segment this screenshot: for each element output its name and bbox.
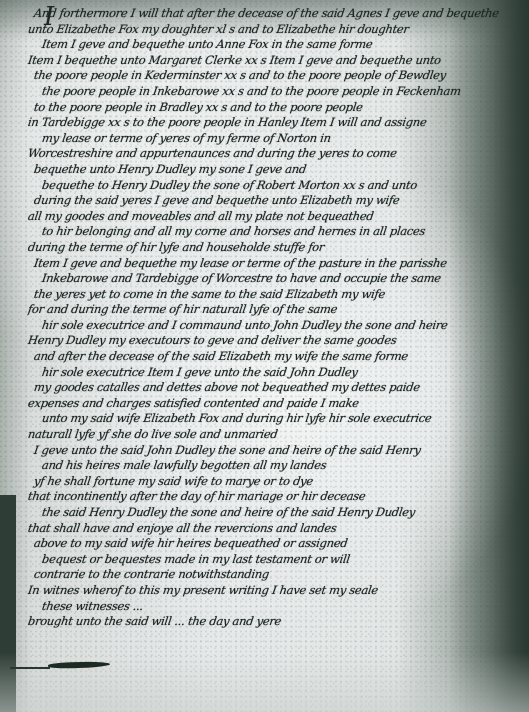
text-line: unto my said wife Elizabeth Fox and duri… [27, 411, 507, 427]
text-line: the yeres yet to come in the same to the… [27, 287, 507, 303]
text-line: during the said yeres I geve and bequeth… [27, 193, 507, 209]
text-line: bequest or bequestes made in my last tes… [27, 552, 507, 568]
text-line: In witnes wherof to this my present writ… [27, 583, 507, 599]
text-line: all my goodes and moveables and all my p… [27, 209, 507, 225]
text-line: unto Elizabethe Fox my doughter xl s and… [27, 22, 507, 38]
text-line: that incontinently after the day of hir … [27, 489, 507, 505]
text-line: Item I geve and bequethe unto Anne Fox i… [27, 37, 507, 53]
handwritten-text-block: And forthermore I will that after the de… [28, 6, 506, 661]
text-line: contrarie to the contrarie notwithstandi… [27, 567, 507, 583]
text-line: these witnesses ... [27, 599, 507, 615]
text-line: to the poore people in Bradley xx s and … [27, 100, 507, 116]
text-line: my lease or terme of yeres of my ferme o… [27, 131, 507, 147]
text-line: bequethe unto Henry Dudley my sone I gev… [27, 162, 507, 178]
text-line: that shall have and enjoye all the rever… [27, 521, 507, 537]
text-line: hir sole executrice and I commaund unto … [27, 318, 507, 334]
text-line: Inkebarowe and Tardebigge of Worcestre t… [27, 271, 507, 287]
text-line: Item I bequethe unto Margaret Clerke xx … [27, 53, 507, 69]
text-line: the poore people in Kederminster xx s an… [27, 68, 507, 84]
text-line: Henry Dudley my executours to geve and d… [27, 333, 507, 349]
text-line: hir sole executrice Item I geve unto the… [27, 365, 507, 381]
text-line: for and during the terme of hir naturall… [27, 302, 507, 318]
manuscript-page: I And forthermore I will that after the … [0, 0, 529, 712]
ink-line [10, 667, 50, 669]
text-line: during the terme of hir lyfe and househo… [27, 240, 507, 256]
text-line: And forthermore I will that after the de… [27, 6, 507, 22]
text-line: the said Henry Dudley the sone and heire… [27, 505, 507, 521]
text-line: expenses and charges satisfied contented… [27, 396, 507, 412]
text-line: naturall lyfe yf she do live sole and un… [27, 427, 507, 443]
text-line: I geve unto the said John Dudley the son… [27, 443, 507, 459]
text-line: the poore people in Inkebarowe xx s and … [27, 84, 507, 100]
text-line: to hir belonging and all my corne and ho… [27, 224, 507, 240]
text-line [27, 630, 507, 646]
text-line: Item I geve and bequethe my lease or ter… [27, 256, 507, 272]
text-line: in Tardebigge xx s to the poore people i… [27, 115, 507, 131]
text-line: bequethe to Henry Dudley the sone of Rob… [27, 178, 507, 194]
text-line [27, 645, 507, 661]
text-line: above to my said wife hir heires bequeat… [27, 536, 507, 552]
text-line: brought unto the said will ... the day a… [27, 614, 507, 630]
text-line: yf he shall fortune my said wife to mary… [27, 474, 507, 490]
text-line: and his heires male lawfully begotten al… [27, 458, 507, 474]
text-line: Worcestreshire and appurtenaunces and du… [27, 146, 507, 162]
text-line: my goodes catalles and dettes above not … [27, 380, 507, 396]
text-line: and after the decease of the said Elizab… [27, 349, 507, 365]
